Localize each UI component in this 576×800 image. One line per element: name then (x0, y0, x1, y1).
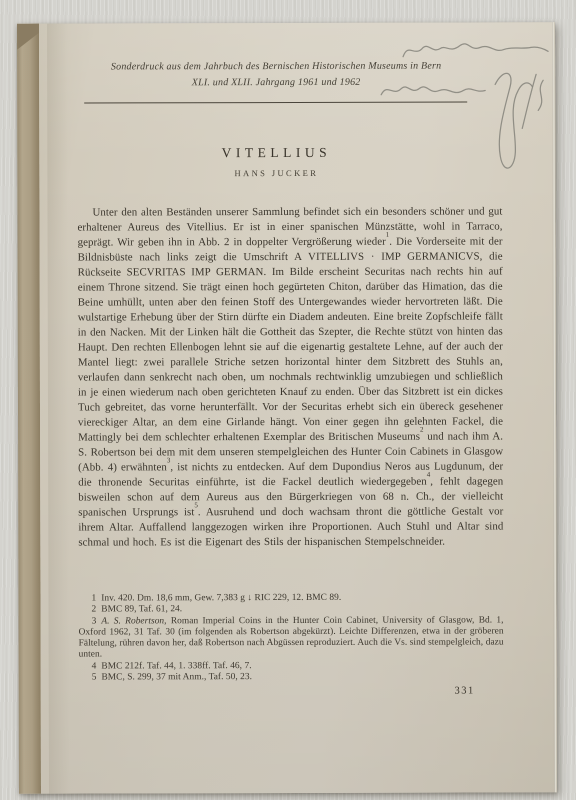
footnote-3: 3A. S. Robertson, Roman Imperial Coins i… (79, 615, 504, 661)
footnote-number: 3 (92, 616, 97, 626)
footnote-italic: A. S. Robertson, (101, 616, 166, 626)
footnote-ref-4: 4 (427, 470, 431, 478)
footnote-number: 4 (92, 661, 97, 671)
footnote-number: 5 (92, 673, 97, 683)
body-segment: . Die Vorderseite mit der Bildnisbüste n… (78, 235, 503, 443)
footnote-number: 1 (91, 594, 96, 604)
footnote-text: BMC 89, Taf. 61, 24. (101, 605, 182, 615)
page-content: Sonderdruck aus dem Jahrbuch des Bernisc… (17, 22, 557, 793)
footnote-ref-3: 3 (167, 456, 171, 464)
offprint-header: Sonderdruck aus dem Jahrbuch des Bernisc… (85, 59, 467, 92)
photo-background: Sonderdruck aus dem Jahrbuch des Bernisc… (0, 0, 576, 800)
footnotes-block: 1Inv. 420. Dm. 18,6 mm, Gew. 7,383 g ↓ R… (78, 592, 503, 683)
footnote-number: 2 (92, 605, 97, 615)
header-source-line: Sonderdruck aus dem Jahrbuch des Bernisc… (85, 59, 467, 76)
title-block: VITELLIUS HANS JUCKER (85, 145, 467, 179)
article-body: Unter den alten Beständen unserer Sammlu… (77, 204, 503, 550)
footnote-text: BMC 212f. Taf. 44, 1. 338ff. Taf. 46, 7. (101, 661, 251, 671)
footnote-ref-1: 1 (386, 230, 390, 238)
footnote-5: 5BMC, S. 299, 37 mit Anm., Taf. 50, 23. (79, 672, 504, 684)
offprint-booklet: Sonderdruck aus dem Jahrbuch des Bernisc… (17, 22, 557, 793)
footnote-ref-5: 5 (194, 501, 198, 509)
header-volume-line: XLI. und XLII. Jahrgang 1961 und 1962 (85, 75, 467, 92)
footnote-text: BMC, S. 299, 37 mit Anm., Taf. 50, 23. (101, 672, 252, 682)
article-title: VITELLIUS (85, 145, 467, 162)
footnote-ref-2: 2 (420, 425, 424, 433)
page-number: 331 (79, 686, 475, 698)
article-author: HANS JUCKER (85, 168, 467, 179)
footnote-text: Inv. 420. Dm. 18,6 mm, Gew. 7,383 g ↓ RI… (101, 593, 341, 604)
